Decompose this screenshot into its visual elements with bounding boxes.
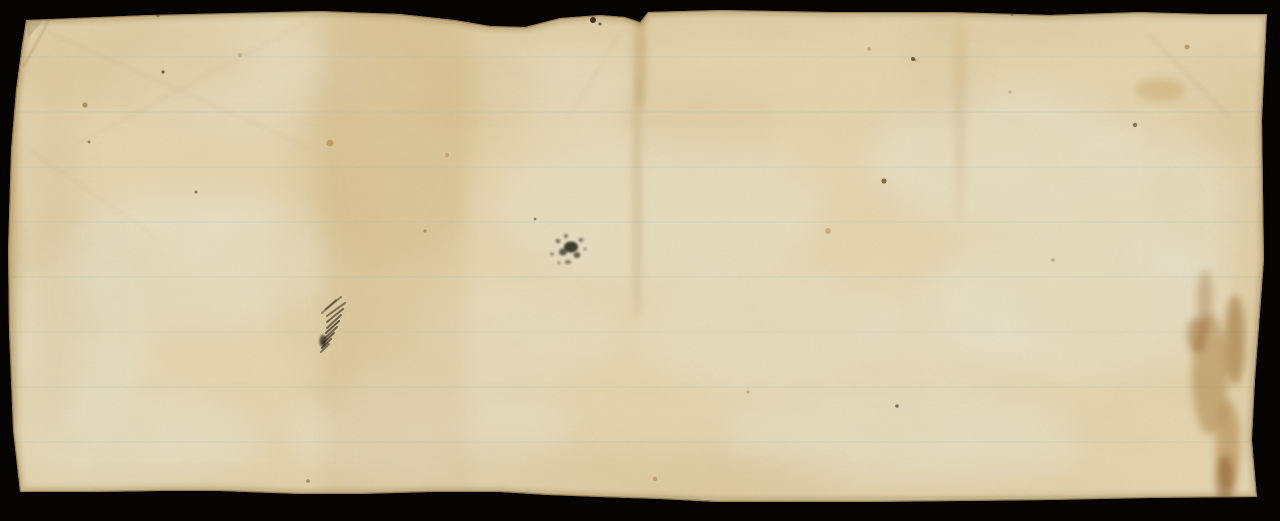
document-scan — [0, 0, 1280, 521]
scanner-bed — [0, 0, 1280, 521]
